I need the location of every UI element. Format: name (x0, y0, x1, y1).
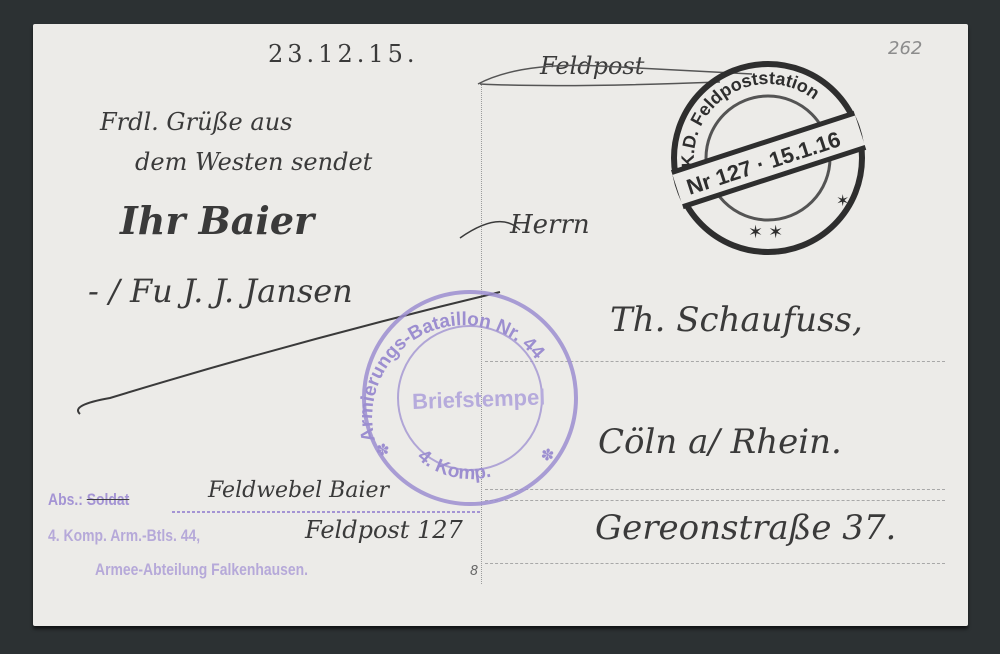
message-line-2: dem Westen sendet (135, 148, 372, 176)
sender-label-line: Abs.: Soldat (48, 490, 129, 510)
sender-struck-word: Soldat (87, 490, 130, 509)
sender-division: Armee-Abteilung Falkenhausen. (95, 560, 308, 580)
message-line-1: Frdl. Grüße aus (100, 108, 292, 136)
svg-text:✶: ✶ (836, 193, 849, 210)
svg-text:Briefstempel: Briefstempel (412, 384, 546, 414)
svg-text:✶ ✶: ✶ ✶ (748, 222, 783, 242)
svg-text:✽: ✽ (540, 446, 556, 465)
recipient-salutation: Herrn (510, 210, 590, 240)
feldpost-postmark: K.D. Feldpoststation Nr 127 · 15.1.16 ✶ … (668, 58, 868, 258)
sender-rank: Feldwebel Baier (208, 478, 389, 503)
message-cosigner: - / Fu J. J. Jansen (88, 272, 353, 310)
message-signature: Ihr Baier (120, 198, 314, 243)
sender-label: Abs.: (48, 490, 83, 509)
sender-feldpost: Feldpost 127 (305, 516, 463, 544)
svg-text:✽: ✽ (375, 441, 391, 460)
svg-text:4. Komp.: 4. Komp. (411, 444, 496, 488)
recipient-name: Th. Schaufuss, (610, 300, 863, 340)
address-line-4 (485, 563, 945, 564)
recipient-city: Cöln a/ Rhein. (598, 422, 842, 462)
sender-unit: 4. Komp. Arm.-Btls. 44, (48, 526, 200, 546)
recipient-street: Gereonstraße 37. (595, 508, 896, 548)
printer-mark: 8 (470, 564, 478, 579)
